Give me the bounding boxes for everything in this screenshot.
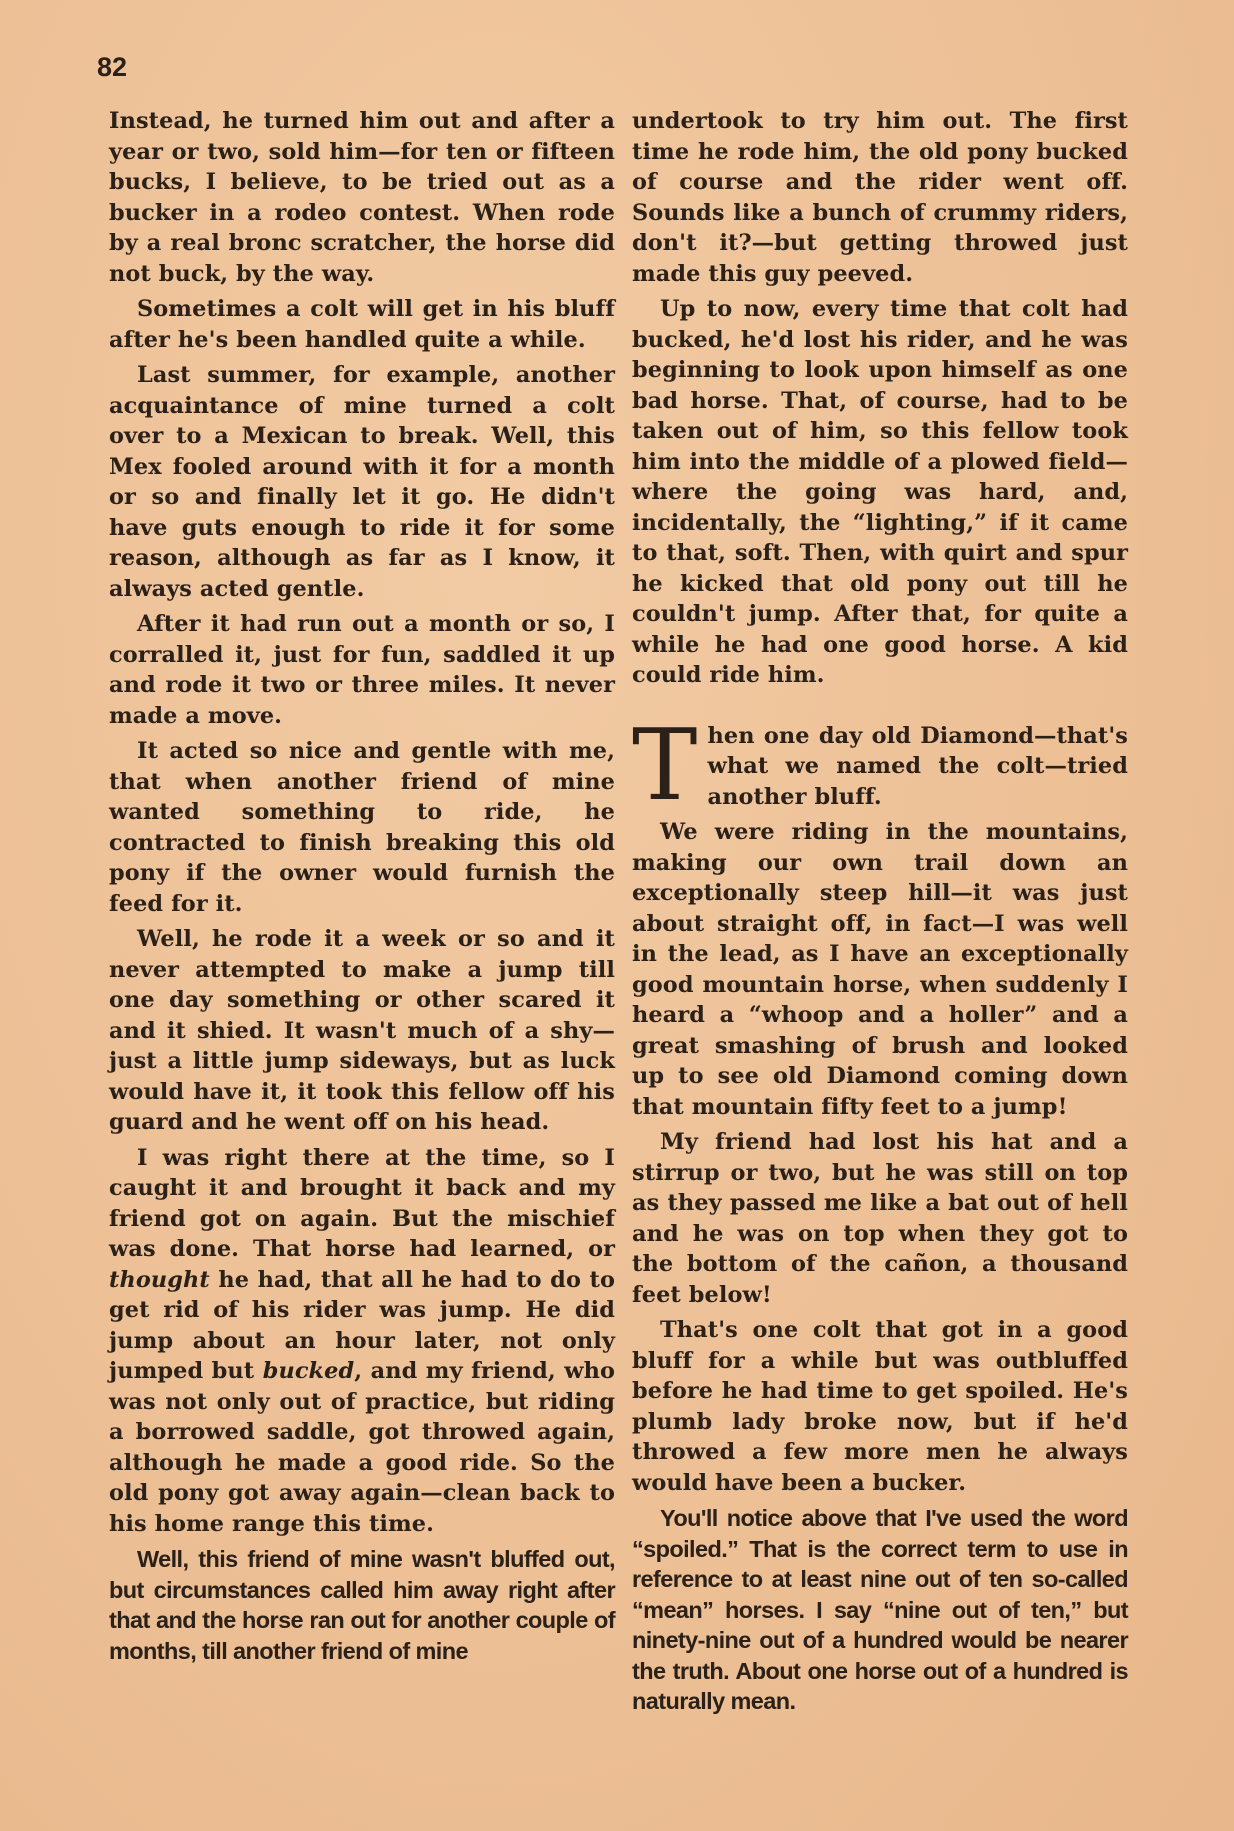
paragraph: My friend had lost his hat and a stirrup… (632, 1127, 1128, 1310)
right-column: undertook to try him out. The first time… (632, 106, 1128, 1722)
italic-text: bucked (263, 1358, 355, 1384)
paragraph: That's one colt that got in a good bluff… (632, 1315, 1128, 1498)
paragraph: I was right there at the time, so I caug… (109, 1143, 615, 1540)
left-column: Instead, he turned him out and after a y… (109, 106, 615, 1671)
drop-cap: T (632, 725, 697, 807)
text-run: I was right there at the time, so I caug… (109, 1145, 615, 1263)
paragraph: Last summer, for example, another acquai… (109, 360, 615, 604)
italic-text: thought (109, 1267, 210, 1293)
page-number: 82 (97, 52, 127, 83)
paragraph: Well, this friend of mine wasn't bluffed… (109, 1544, 615, 1666)
paragraph: After it had run out a month or so, I co… (109, 609, 615, 731)
section-opening-paragraph: Then one day old Diamond—that's what we … (632, 721, 1128, 813)
paragraph: Sometimes a colt will get in his bluff a… (109, 294, 615, 355)
paragraph: It acted so nice and gentle with me, tha… (109, 736, 615, 919)
paragraph: undertook to try him out. The first time… (632, 106, 1128, 289)
paragraph: Up to now, every time that colt had buck… (632, 294, 1128, 691)
paragraph: You'll notice above that I've used the w… (632, 1503, 1128, 1717)
paragraph: Well, he rode it a week or so and it nev… (109, 924, 615, 1138)
paragraph: Instead, he turned him out and after a y… (109, 106, 615, 289)
paragraph: We were riding in the mountains, making … (632, 817, 1128, 1122)
text-run: hen one day old Diamond—that's what we n… (707, 723, 1128, 810)
text-run: , and my friend, who was not only out of… (109, 1358, 615, 1537)
